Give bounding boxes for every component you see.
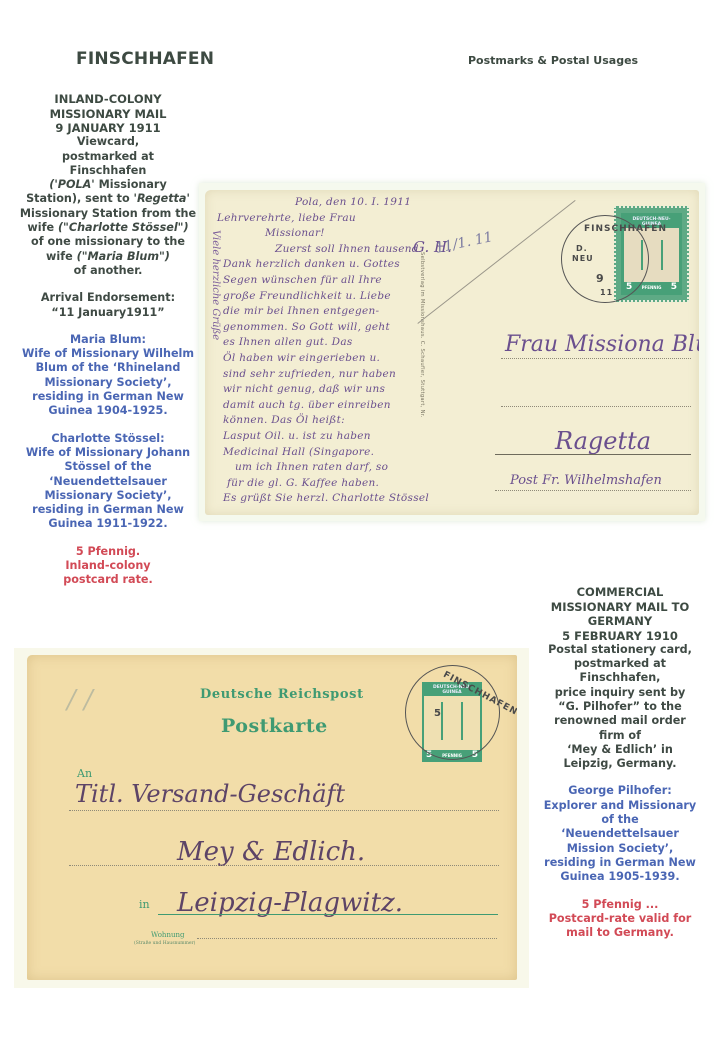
right-description-panel: COMMERCIAL MISSIONARY MAIL TO GERMANY 5 … bbox=[530, 585, 710, 940]
message-line: es Ihnen allen gut. Das bbox=[223, 336, 353, 348]
section-date: 9 JANUARY 1911 bbox=[18, 121, 198, 135]
wohnung-sublabel: (Straße und Hausnummer) bbox=[134, 941, 195, 946]
section-heading-line: MISSIONARY MAIL bbox=[18, 107, 198, 122]
postage-rate-note: 5 Pfennig ... Postcard-rate valid for ma… bbox=[530, 898, 710, 941]
section-heading-line: COMMERCIAL bbox=[530, 585, 710, 600]
section-heading-line: GERMANY bbox=[530, 614, 710, 629]
maria-blum-bio: Maria Blum: Wife of Missionary Wilhelm B… bbox=[18, 333, 198, 419]
message-line: Pola, den 10. I. 1911 bbox=[295, 196, 411, 208]
message-line: wir nicht genug, daß wir uns bbox=[223, 383, 385, 395]
stamp-corner-line bbox=[417, 200, 575, 324]
address-rule bbox=[501, 358, 691, 359]
section-heading-line: INLAND-COLONY bbox=[18, 92, 198, 107]
stationery-card-1910: / / Deutsche Reichspost Postkarte DEUTSC… bbox=[27, 655, 517, 980]
printed-reichspost: Deutsche Reichspost bbox=[200, 687, 364, 702]
stationery-card-description: Postal stationery card, postmarked at Fi… bbox=[530, 643, 710, 772]
message-line: für die gl. G. Kaffee haben. bbox=[227, 477, 379, 489]
message-line: Öl haben wir eingerieben u. bbox=[223, 352, 380, 364]
addressee-line-2: Mey & Edlich. bbox=[177, 837, 365, 867]
address-rule bbox=[495, 454, 691, 455]
message-line: Segen wünschen für all Ihre bbox=[223, 274, 382, 286]
an-label: An bbox=[77, 767, 92, 780]
addressee-post: Post Fr. Wilhelmshafen bbox=[510, 473, 662, 488]
message-line: sind sehr zufrieden, nur haben bbox=[223, 368, 396, 380]
message-line: damit auch tg. über einreiben bbox=[223, 399, 391, 411]
addressee-name: Frau Missiona Blum bbox=[505, 332, 699, 357]
message-line: können. Das Öl heißt: bbox=[223, 414, 345, 426]
finschhafen-postmark: FINSCHHAFEN 5 bbox=[405, 665, 500, 760]
address-rule bbox=[69, 810, 499, 811]
message-line: Missionar! bbox=[265, 227, 325, 239]
section-heading-line: MISSIONARY MAIL TO bbox=[530, 600, 710, 615]
wohnung-label: Wohnung bbox=[151, 931, 184, 939]
pencil-notation: / / bbox=[67, 685, 93, 715]
viewcard-1911: Viele herzliche Grüße Pola, den 10. I. 1… bbox=[205, 190, 699, 515]
message-line: die mir bei Ihnen entgegen- bbox=[223, 305, 379, 317]
message-line: Zuerst soll Ihnen tausend bbox=[275, 243, 419, 255]
message-line: genommen. So Gott will, geht bbox=[223, 321, 390, 333]
in-label: in bbox=[139, 898, 150, 911]
page-title: FINSCHHAFEN bbox=[76, 49, 214, 69]
message-line: Lehrverehrte, liebe Frau bbox=[217, 212, 356, 224]
address-rule bbox=[69, 865, 499, 866]
message-line: Es grüßt Sie herzl. Charlotte Stössel bbox=[223, 492, 429, 504]
charlotte-stossel-bio: Charlotte Stössel: Wife of Missionary Jo… bbox=[18, 432, 198, 532]
margin-handwriting: Viele herzliche Grüße bbox=[210, 230, 221, 340]
message-line: um ich Ihnen raten darf, so bbox=[235, 461, 388, 473]
message-line: Dank herzlich danken u. Gottes bbox=[223, 258, 400, 270]
message-line: Lasput Oil. u. ist zu haben bbox=[223, 430, 371, 442]
finschhafen-postmark: FINSCHHAFEN D. NEU 9 11 bbox=[561, 215, 649, 303]
section-date: 5 FEBRUARY 1910 bbox=[530, 629, 710, 643]
address-rule bbox=[495, 490, 691, 491]
viewcard-description: Viewcard, postmarked at Finschhafen ('PO… bbox=[18, 135, 198, 278]
message-line: große Freundlichkeit u. Liebe bbox=[223, 290, 391, 302]
left-description-panel: INLAND-COLONY MISSIONARY MAIL 9 JANUARY … bbox=[18, 92, 198, 588]
page-subtitle: Postmarks & Postal Usages bbox=[468, 54, 638, 67]
addressee-station: Ragetta bbox=[555, 427, 651, 455]
address-rule bbox=[197, 938, 497, 939]
arrival-endorsement-value: “11 January1911” bbox=[18, 306, 198, 320]
address-rule bbox=[158, 914, 498, 915]
printer-imprint: Selbstverlag im Missionshaus. C. Schaufl… bbox=[419, 252, 425, 418]
address-rule bbox=[501, 406, 691, 407]
arrival-endorsement-pencil: 11/1. 11 bbox=[434, 229, 494, 257]
postage-rate-note: 5 Pfennig. Inland-colony postcard rate. bbox=[18, 545, 198, 588]
arrival-endorsement-label: Arrival Endorsement: bbox=[18, 291, 198, 305]
message-line: Medicinal Hall (Singapore. bbox=[223, 446, 374, 458]
pilhofer-bio: George Pilhofer: Explorer and Missionary… bbox=[530, 784, 710, 884]
addressee-line-1: Titl. Versand-Geschäft bbox=[75, 780, 345, 808]
printed-postkarte: Postkarte bbox=[221, 715, 328, 737]
